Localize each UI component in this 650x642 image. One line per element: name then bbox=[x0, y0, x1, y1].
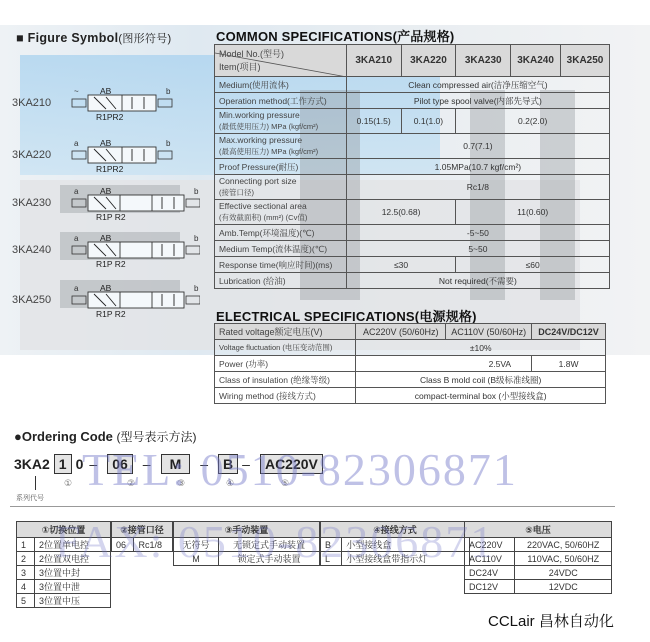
table-row: Power (功率) 2.5VA 1.8W bbox=[215, 356, 606, 372]
figure-symbol-title: ■ Figure Symbol(图形符号) bbox=[16, 30, 172, 46]
model-label: 3KA230 bbox=[12, 197, 51, 209]
model-label: 3KA240 bbox=[12, 244, 51, 256]
common-specs-title: COMMON SPECIFICATIONS(产品规格) bbox=[216, 26, 454, 45]
table-row: 无符号无锁定式手动装置 bbox=[174, 538, 320, 552]
model-header: 3KA240 bbox=[511, 45, 561, 77]
svg-text:AB: AB bbox=[100, 86, 112, 96]
table-row: Proof Pressure(耐压) 1.05MPa(10.7 kgf/cm²) bbox=[215, 159, 610, 175]
ordering-code-title: ●Ordering Code (型号表示方法) bbox=[14, 428, 197, 445]
electrical-specs-table: Rated voltage额定电压(V) AC220V (50/60Hz) AC… bbox=[214, 323, 606, 404]
table-row: Amb.Temp(环境温度)(℃) -5~50 bbox=[215, 225, 610, 241]
position-table: ①切换位置 12位置单电控22位置双电控33位置中封43位置中泄53位置中压 bbox=[16, 521, 111, 608]
table-header-row: Model No.(型号) Item(项目) 3KA210 3KA220 3KA… bbox=[215, 45, 610, 77]
table-row: Min.working pressure(最低使用压力) MPa (kgf/cm… bbox=[215, 109, 610, 134]
table-row: Class of insulation (绝缘等级) Class B mold … bbox=[215, 372, 606, 388]
table-header-row: Rated voltage额定电压(V) AC220V (50/60Hz) AC… bbox=[215, 324, 606, 340]
table-row: DC24V24VDC bbox=[465, 566, 612, 580]
svg-text:a: a bbox=[74, 284, 79, 293]
figure-symbol-row: 3KA210~bABR1PR2 bbox=[0, 85, 210, 121]
model-item-header: Model No.(型号) Item(项目) bbox=[215, 45, 347, 77]
valve-symbol-icon: ~bABR1PR2 bbox=[70, 85, 200, 121]
table-row: Effective sectional area(有效截面积) (mm²) (C… bbox=[215, 200, 610, 225]
code-box-voltage: AC220V bbox=[260, 454, 323, 474]
svg-text:~: ~ bbox=[74, 87, 79, 96]
table-row: 43位置中泄 bbox=[17, 580, 111, 594]
table-row: B小型接线盒 bbox=[321, 538, 470, 552]
divider bbox=[10, 506, 615, 507]
table-row: 22位置双电控 bbox=[17, 552, 111, 566]
model-header: 3KA230 bbox=[456, 45, 511, 77]
table-row: 53位置中压 bbox=[17, 594, 111, 608]
valve-symbol-icon: abABR1P R2 bbox=[70, 282, 200, 318]
model-label: 3KA250 bbox=[12, 294, 51, 306]
table-row: Lubrication (给油) Not required(不需要) bbox=[215, 273, 610, 289]
port-table: ②接管口径 06Rc1/8 bbox=[111, 521, 173, 552]
svg-text:a: a bbox=[74, 234, 79, 243]
svg-text:b: b bbox=[166, 139, 171, 148]
table-row: 06Rc1/8 bbox=[112, 538, 173, 552]
table-row: Operation method(工作方式) Pilot type spool … bbox=[215, 93, 610, 109]
svg-text:a: a bbox=[74, 139, 79, 148]
circle-bullet-icon: ● bbox=[14, 429, 22, 444]
common-specs-table: Model No.(型号) Item(项目) 3KA210 3KA220 3KA… bbox=[214, 44, 610, 289]
svg-text:b: b bbox=[194, 187, 199, 196]
table-row: Wiring method (接线方式) compact-terminal bo… bbox=[215, 388, 606, 404]
model-header: 3KA220 bbox=[401, 45, 456, 77]
svg-text:b: b bbox=[194, 284, 199, 293]
table-row: 33位置中封 bbox=[17, 566, 111, 580]
table-row: AC220V220VAC, 50/60HZ bbox=[465, 538, 612, 552]
table-row: Medium(使用流体) Clean compressed air(洁净压缩空气… bbox=[215, 77, 610, 93]
svg-text:a: a bbox=[74, 187, 79, 196]
table-row: L小型接线盒带指示灯 bbox=[321, 552, 470, 566]
valve-symbol-icon: abABR1P R2 bbox=[70, 185, 200, 221]
svg-text:AB: AB bbox=[100, 138, 112, 148]
valve-symbol-icon: abABR1PR2 bbox=[70, 137, 200, 173]
code-box-position: 1 bbox=[54, 454, 72, 474]
table-row: Voltage fluctuation (电压变动范围) ±10% bbox=[215, 340, 606, 356]
svg-text:b: b bbox=[166, 87, 171, 96]
svg-text:R1PR2: R1PR2 bbox=[96, 112, 124, 121]
valve-symbol-icon: abABR1P R2 bbox=[70, 232, 200, 268]
svg-text:R1P R2: R1P R2 bbox=[96, 259, 126, 268]
model-label: 3KA220 bbox=[12, 149, 51, 161]
svg-text:b: b bbox=[194, 234, 199, 243]
figure-symbol-row: 3KA220abABR1PR2 bbox=[0, 137, 210, 173]
table-row: Connecting port size(接管口径) Rc1/8 bbox=[215, 175, 610, 200]
square-bullet-icon: ■ bbox=[16, 31, 24, 45]
figure-symbol-row: 3KA230abABR1P R2 bbox=[0, 185, 210, 221]
model-header: 3KA210 bbox=[346, 45, 401, 77]
figure-symbol-row: 3KA250abABR1P R2 bbox=[0, 282, 210, 318]
code-box-port: 06 bbox=[107, 454, 133, 474]
series-label: 系列代号 bbox=[16, 493, 44, 503]
table-row: Max.working pressure(最高使用压力) MPa (kgf/cm… bbox=[215, 134, 610, 159]
manual-table: ③手动装置 无符号无锁定式手动装置M锁定式手动装置 bbox=[173, 521, 320, 566]
table-row: AC110V110VAC, 50/60HZ bbox=[465, 552, 612, 566]
svg-text:R1P R2: R1P R2 bbox=[96, 212, 126, 221]
code-box-manual: M bbox=[161, 454, 191, 474]
figure-symbol-row: 3KA240abABR1P R2 bbox=[0, 232, 210, 268]
table-row: 12位置单电控 bbox=[17, 538, 111, 552]
table-row: DC12V12VDC bbox=[465, 580, 612, 594]
series-pointer-line bbox=[35, 476, 36, 490]
code-box-wiring: B bbox=[218, 454, 238, 474]
svg-text:R1P R2: R1P R2 bbox=[96, 309, 126, 318]
model-label: 3KA210 bbox=[12, 97, 51, 109]
brand-logo-text: CCLair 昌林自动化 bbox=[488, 610, 614, 631]
model-header: 3KA250 bbox=[561, 45, 610, 77]
code-fixed: 0 bbox=[76, 456, 84, 472]
wiring-table: ④接线方式 B小型接线盒L小型接线盒带指示灯 bbox=[320, 521, 470, 566]
ordering-code-row: 3KA2 1 0 – 06 – M – B – AC220V bbox=[14, 452, 327, 476]
svg-text:R1PR2: R1PR2 bbox=[96, 164, 124, 173]
svg-text:AB: AB bbox=[100, 186, 112, 196]
diagonal-line-icon bbox=[215, 45, 347, 77]
svg-text:AB: AB bbox=[100, 283, 112, 293]
table-row: M锁定式手动装置 bbox=[174, 552, 320, 566]
voltage-table: ⑤电压 AC220V220VAC, 50/60HZAC110V110VAC, 5… bbox=[464, 521, 612, 594]
svg-text:AB: AB bbox=[100, 233, 112, 243]
table-row: Response time(响应时间)(ms) ≤30 ≤60 bbox=[215, 257, 610, 273]
code-prefix: 3KA2 bbox=[14, 456, 50, 472]
table-row: Medium Temp(流体温度)(℃) 5~50 bbox=[215, 241, 610, 257]
